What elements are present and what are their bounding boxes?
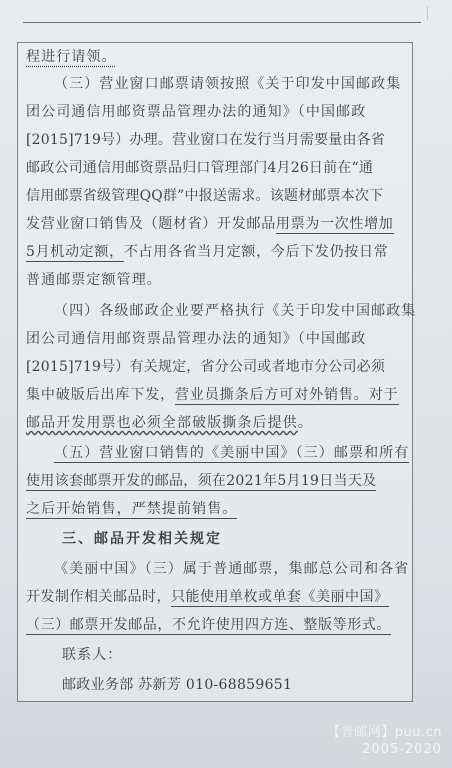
paragraph-3-start: （三）营业窗口邮票请领按照《关于印发中国邮政集 — [26, 74, 404, 94]
page-edge — [427, 6, 428, 20]
text-line: 团公司通信用邮资票品管理办法的通知》（中国邮政 — [26, 329, 404, 349]
text-line: 5月机动定额，不占用各省当月定额，今后下发仍按日常 — [26, 242, 404, 262]
underlined-text: 营业员撕条后方可对外销售。对于 — [175, 387, 399, 405]
text-line: 发营业窗口销售及（题材省）开发邮品用票为一次性增加 — [26, 214, 404, 234]
text-line: 普通邮票定额管理。 — [26, 270, 404, 290]
line-text: 程进行请领。 — [26, 49, 117, 65]
underlined-text: 用票为一次性增加 — [276, 216, 394, 234]
line-text: [2015]719号）有关规定，省分公司或者地市分公司必须 — [26, 359, 385, 375]
line-text: 联系人： — [62, 647, 122, 663]
section-heading: 三、邮品开发相关规定 — [26, 529, 404, 549]
wavy-underlined-text: 邮品开发用票也必须全部破版撕条后提供 — [26, 415, 298, 431]
paragraph-start: 《美丽中国》（三）属于普通邮票，集邮总公司和各省 — [26, 559, 404, 579]
text-line: 使用该套邮票开发的邮品，须在2021年5月19日当天及 — [26, 471, 404, 491]
text-line: 邮政公司通信用邮资票品归口管理部门4月26日前在“通 — [26, 158, 404, 178]
watermark: 【普邮网】puu.cn 2005-2020 — [327, 724, 442, 758]
line-text: 信用邮票省级管理QQ群”中报送需求。该题材邮票本次下 — [26, 188, 383, 204]
text-line: 开发制作相关邮品时，只能使用单枚或单套《美丽中国》 — [26, 587, 404, 607]
header-rule — [23, 22, 421, 23]
watermark-site: 【普邮网】puu.cn — [327, 725, 442, 740]
paragraph-4-start: （四）各级邮政企业要严格执行《关于印发中国邮政集 — [26, 301, 404, 321]
underlined-text: 之后开始销售，严禁提前销售。 — [26, 501, 237, 519]
underlined-text: （三）邮票开发邮品，不允许使用四方连、整版等形式。 — [26, 617, 391, 635]
underlined-text: （五）营业窗口销售的《美丽中国》（三）邮票和所有 — [54, 445, 409, 463]
line-text: [2015]719号）办理。营业窗口在发行当月需要量由各省 — [26, 132, 385, 148]
document-page: 程进行请领。 （三）营业窗口邮票请领按照《关于印发中国邮政集 团公司通信用邮资票… — [17, 42, 413, 702]
contact-info: 邮政业务部 苏新芳 010-68859651 — [26, 675, 404, 695]
underlined-text: 5月机动定额， — [26, 244, 124, 262]
text-line: 之后开始销售，严禁提前销售。 — [26, 499, 404, 519]
underlined-text: 使用该套邮票开发的邮品，须在2021年5月19日当天及 — [26, 473, 376, 491]
line-text: 邮政公司通信用邮资票品归口管理部门4月26日前在“通 — [26, 160, 373, 176]
line-text: 。 — [298, 415, 313, 431]
line-text: 普通邮票定额管理。 — [26, 272, 162, 288]
text-line: [2015]719号）办理。营业窗口在发行当月需要量由各省 — [26, 130, 404, 150]
line-text: 集中破版后出库下发， — [26, 387, 175, 403]
text-line: 集中破版后出库下发，营业员撕条后方可对外销售。对于 — [26, 385, 404, 405]
line-text: （四）各级邮政企业要严格执行《关于印发中国邮政集 — [54, 303, 416, 319]
text-line: 团公司通信用邮资票品管理办法的通知》（中国邮政 — [26, 102, 404, 122]
line-text: 团公司通信用邮资票品管理办法的通知》（中国邮政 — [26, 331, 366, 347]
line-text: 不占用各省当月定额，今后下发仍按日常 — [124, 244, 389, 260]
text-line: （三）邮票开发邮品，不允许使用四方连、整版等形式。 — [26, 615, 404, 635]
line-text: 《美丽中国》（三）属于普通邮票，集邮总公司和各省 — [54, 561, 409, 577]
text-line: 程进行请领。 — [26, 47, 404, 67]
text-line: 邮品开发用票也必须全部破版撕条后提供。 — [26, 413, 404, 433]
line-text: 开发制作相关邮品时， — [26, 589, 171, 605]
line-text: 团公司通信用邮资票品管理办法的通知》（中国邮政 — [26, 104, 366, 120]
watermark-years: 2005-2020 — [327, 741, 442, 758]
line-text: （三）营业窗口邮票请领按照《关于印发中国邮政集 — [54, 76, 401, 92]
line-text: 邮政业务部 苏新芳 010-68859651 — [62, 677, 292, 693]
underlined-text: 只能使用单枚或单套《美丽中国》 — [171, 589, 389, 607]
text-line: [2015]719号）有关规定，省分公司或者地市分公司必须 — [26, 357, 404, 377]
heading-text: 三、邮品开发相关规定 — [62, 531, 222, 547]
contact-label: 联系人： — [26, 645, 404, 665]
text-line: 信用邮票省级管理QQ群”中报送需求。该题材邮票本次下 — [26, 186, 404, 206]
line-text: 发营业窗口销售及（题材省）开发邮品 — [26, 216, 276, 232]
paragraph-5-start: （五）营业窗口销售的《美丽中国》（三）邮票和所有 — [26, 443, 404, 463]
